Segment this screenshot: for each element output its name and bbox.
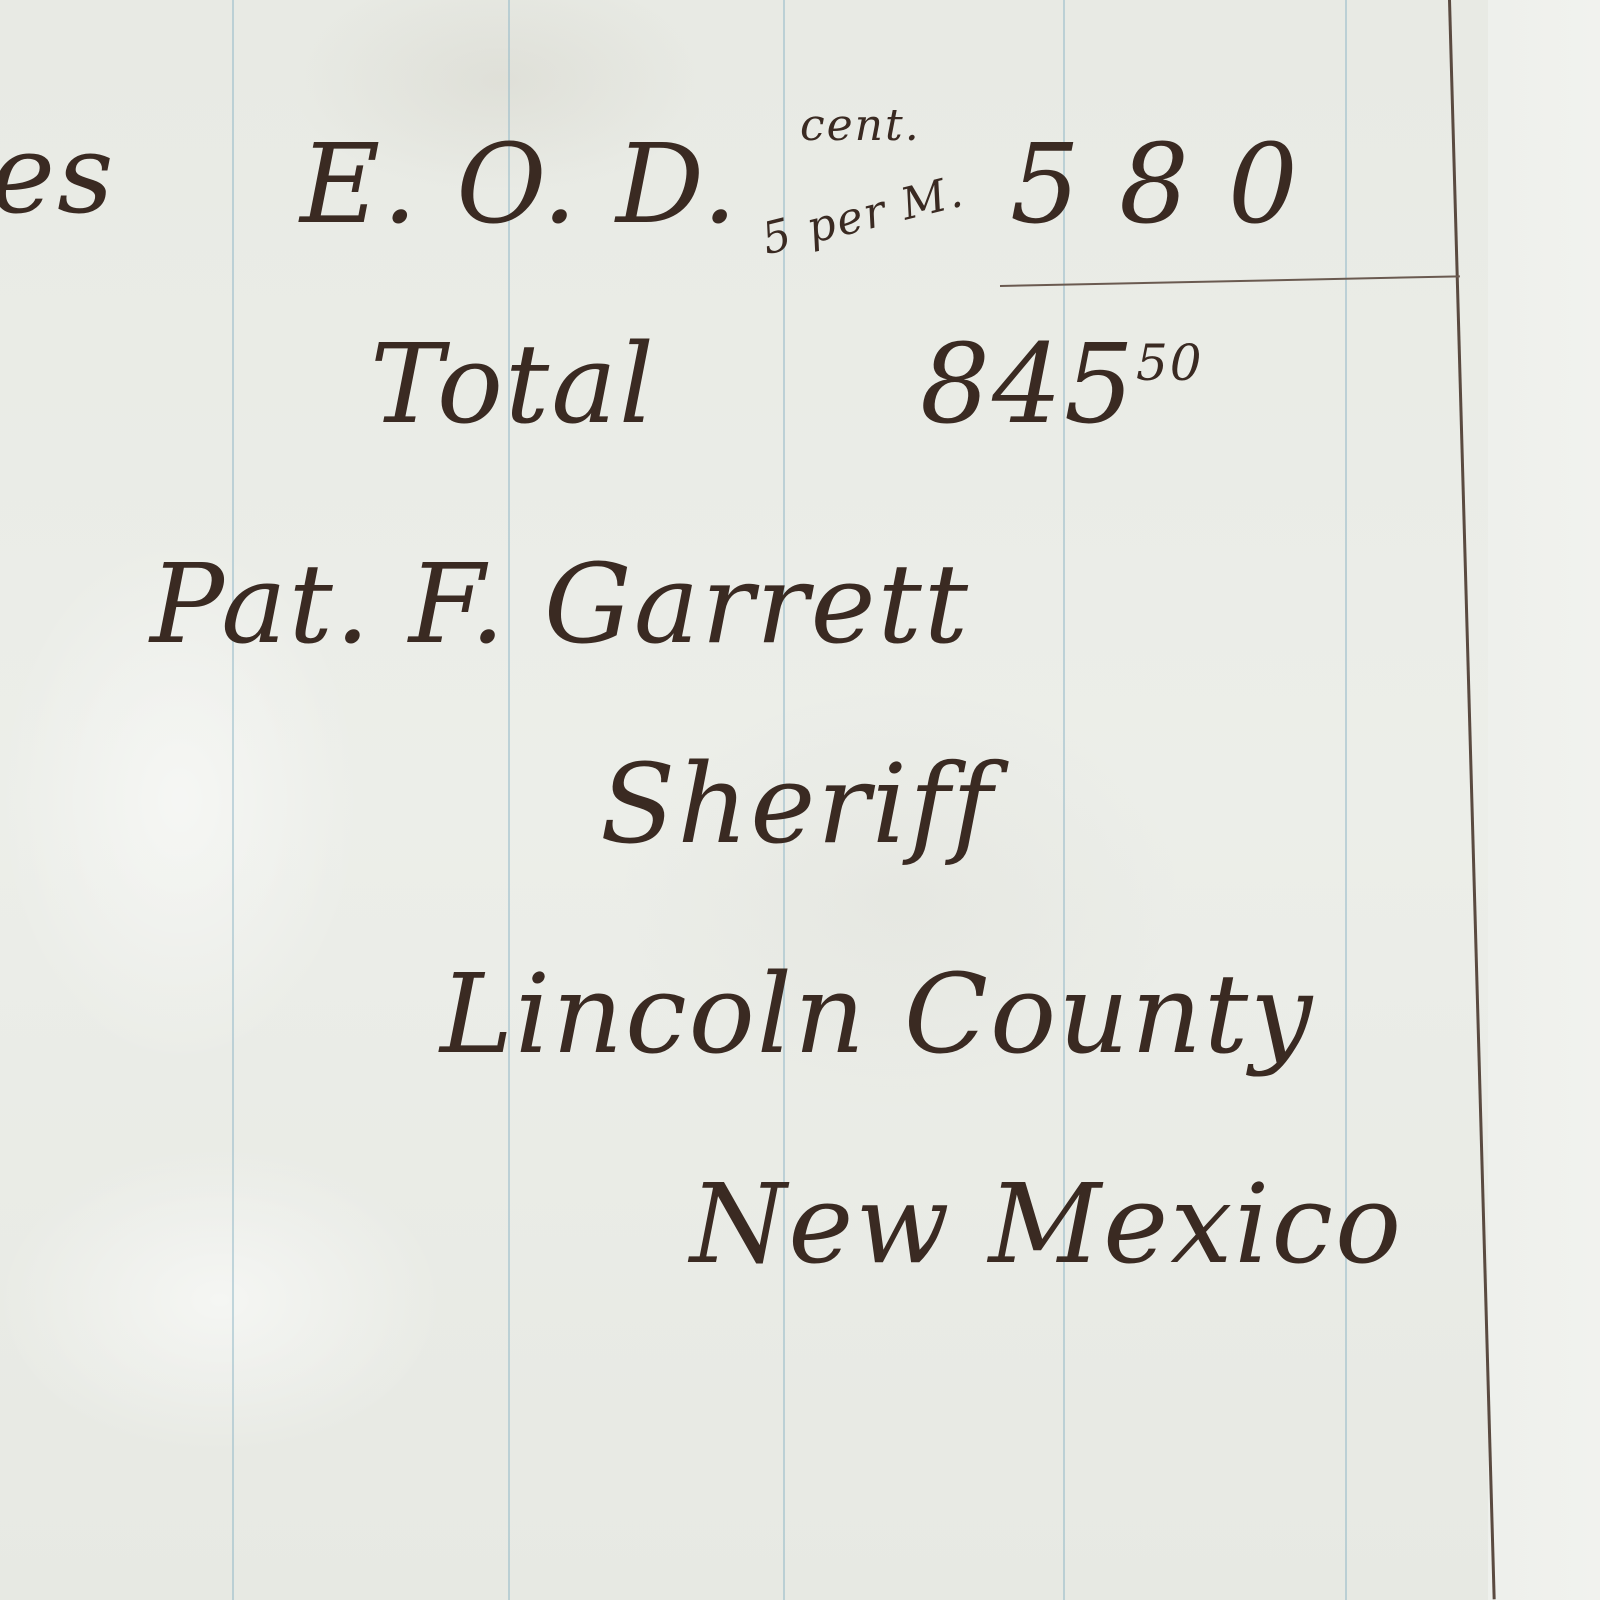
fee-line-label: E. O. D. [300, 120, 739, 248]
fee-annotation-cent: cent. [800, 100, 921, 151]
signature-state: New Mexico [690, 1160, 1403, 1288]
signature-name: Pat. F. Garrett [150, 540, 970, 668]
total-amount-cents: 50 [1136, 334, 1204, 392]
total-amount-main: 845 [920, 320, 1136, 448]
fee-annotation-rate: 5 per M. [757, 166, 969, 265]
ruled-line [232, 0, 234, 1600]
fee-amount: 5 8 0 [1010, 120, 1300, 248]
ruled-line [1345, 0, 1347, 1600]
ledger-page: es E. O. D. cent. 5 per M. 5 8 0 Total 8… [0, 0, 1600, 1600]
sum-underline [1000, 275, 1460, 287]
total-amount: 84550 [920, 320, 1204, 448]
total-label: Total [370, 320, 656, 448]
signature-title: Sheriff [600, 740, 995, 868]
fragment-text: es [0, 110, 116, 238]
signature-county: Lincoln County [440, 950, 1314, 1078]
adjacent-page-edge [1488, 0, 1600, 1600]
